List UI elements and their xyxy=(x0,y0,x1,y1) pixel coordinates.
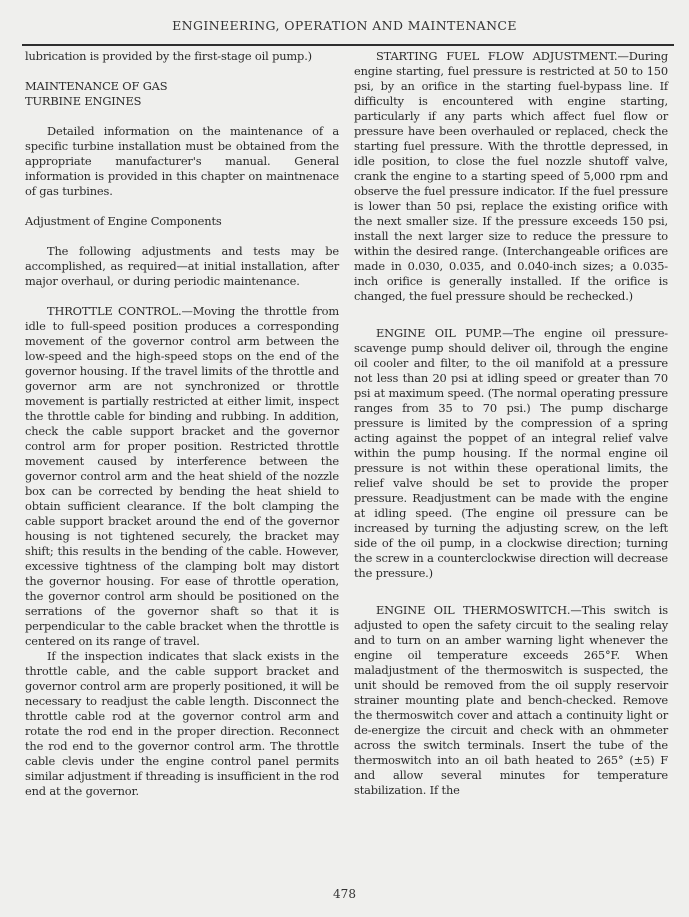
adjustments-paragraph: The following adjustments and tests may … xyxy=(25,244,339,289)
throttle-control-title: THROTTLE CONTROL.— xyxy=(47,304,193,318)
thermoswitch-title: ENGINE OIL THERMOSWITCH.— xyxy=(376,603,582,617)
starting-fuel-paragraph: STARTING FUEL FLOW ADJUSTMENT.—During en… xyxy=(354,49,668,304)
starting-fuel-body: During engine starting, fuel pressure is… xyxy=(354,49,668,303)
section-heading: MAINTENANCE OF GAS TURBINE ENGINES xyxy=(25,79,339,109)
subheading: Adjustment of Engine Components xyxy=(25,214,339,229)
thermoswitch-body: This switch is adjusted to open the safe… xyxy=(354,603,668,797)
oil-pump-body: The engine oil pressure-scavenge pump sh… xyxy=(354,326,668,580)
throttle-control-paragraph: THROTTLE CONTROL.—Moving the throttle fr… xyxy=(25,304,339,649)
section-heading-line1: MAINTENANCE OF GAS xyxy=(25,79,167,93)
slack-paragraph: If the inspection indicates that slack e… xyxy=(25,649,339,799)
page-number: 478 xyxy=(0,887,689,901)
intro-paragraph: Detailed information on the maintenance … xyxy=(25,124,339,199)
right-column: STARTING FUEL FLOW ADJUSTMENT.—During en… xyxy=(354,49,668,798)
header-rule xyxy=(22,44,674,46)
oil-pump-paragraph: ENGINE OIL PUMP.—The engine oil pressure… xyxy=(354,326,668,581)
throttle-control-body: Moving the throttle from idle to full-sp… xyxy=(25,304,339,648)
continuation-text: lubrication is provided by the first-sta… xyxy=(25,49,339,64)
oil-pump-title: ENGINE OIL PUMP.— xyxy=(376,326,513,340)
starting-fuel-title: STARTING FUEL FLOW ADJUSTMENT.— xyxy=(376,49,629,63)
left-column: lubrication is provided by the first-sta… xyxy=(25,49,339,799)
thermoswitch-paragraph: ENGINE OIL THERMOSWITCH.—This switch is … xyxy=(354,603,668,798)
running-header: ENGINEERING, OPERATION AND MAINTENANCE xyxy=(0,18,689,33)
section-heading-line2: TURBINE ENGINES xyxy=(25,94,141,108)
